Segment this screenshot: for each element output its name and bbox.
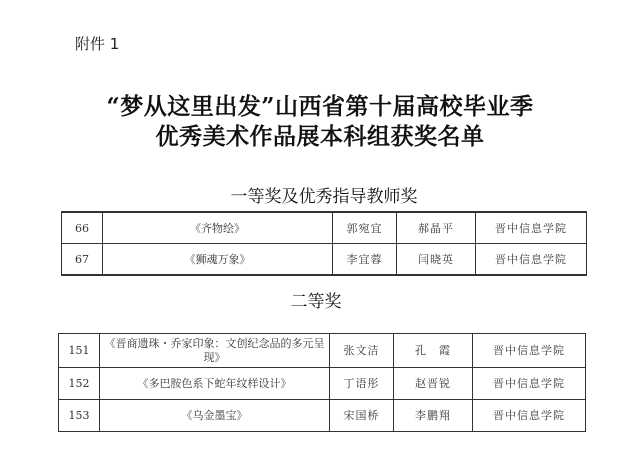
cell-school: 晋中信息学院 — [476, 212, 587, 244]
cell-work-title: 《晋商遗珠・乔家印象：文创纪念品的多元呈现》 — [100, 334, 330, 368]
cell-author: 李宜蓉 — [333, 244, 397, 276]
table-row: 67 《狮魂万象》 李宜蓉 闫晓英 晋中信息学院 — [62, 244, 587, 276]
cell-school: 晋中信息学院 — [473, 400, 586, 432]
first-prize-table: 66 《齐物绘》 郭宛宜 郝晶平 晋中信息学院 67 《狮魂万象》 李宜蓉 闫晓… — [61, 211, 587, 276]
cell-work-title: 《乌金墨宝》 — [100, 400, 330, 432]
cell-advisor: 赵晋锐 — [394, 368, 473, 400]
cell-advisor: 李鹏翔 — [394, 400, 473, 432]
section-heading-first-prize: 一等奖及优秀指导教师奖 — [4, 182, 640, 207]
cell-advisor: 郝晶平 — [397, 212, 476, 244]
cell-work-title: 《狮魂万象》 — [103, 244, 333, 276]
cell-author: 丁语彤 — [330, 368, 394, 400]
cell-advisor: 孔 霞 — [394, 334, 473, 368]
cell-author: 张文洁 — [330, 334, 394, 368]
table-row: 152 《多巴胺色系下蛇年纹样设计》 丁语彤 赵晋锐 晋中信息学院 — [59, 368, 586, 400]
cell-advisor: 闫晓英 — [397, 244, 476, 276]
attachment-label: 附件 1 — [75, 33, 119, 54]
cell-number: 66 — [62, 212, 103, 244]
cell-author: 郭宛宜 — [333, 212, 397, 244]
cell-number: 153 — [59, 400, 100, 432]
cell-author: 宋国桥 — [330, 400, 394, 432]
table-row: 66 《齐物绘》 郭宛宜 郝晶平 晋中信息学院 — [62, 212, 587, 244]
cell-number: 151 — [59, 334, 100, 368]
cell-work-title: 《多巴胺色系下蛇年纹样设计》 — [100, 368, 330, 400]
document-title-line1: “梦从这里出发”山西省第十届高校毕业季 — [0, 88, 640, 121]
table-row: 151 《晋商遗珠・乔家印象：文创纪念品的多元呈现》 张文洁 孔 霞 晋中信息学… — [59, 334, 586, 368]
table-row: 153 《乌金墨宝》 宋国桥 李鹏翔 晋中信息学院 — [59, 400, 586, 432]
cell-school: 晋中信息学院 — [476, 244, 587, 276]
cell-school: 晋中信息学院 — [473, 334, 586, 368]
document-title-line2: 优秀美术作品展本科组获奖名单 — [0, 118, 640, 151]
cell-work-title: 《齐物绘》 — [103, 212, 333, 244]
cell-number: 152 — [59, 368, 100, 400]
section-heading-second-prize: 二等奖 — [0, 287, 636, 312]
second-prize-table: 151 《晋商遗珠・乔家印象：文创纪念品的多元呈现》 张文洁 孔 霞 晋中信息学… — [58, 333, 586, 432]
cell-number: 67 — [62, 244, 103, 276]
cell-school: 晋中信息学院 — [473, 368, 586, 400]
